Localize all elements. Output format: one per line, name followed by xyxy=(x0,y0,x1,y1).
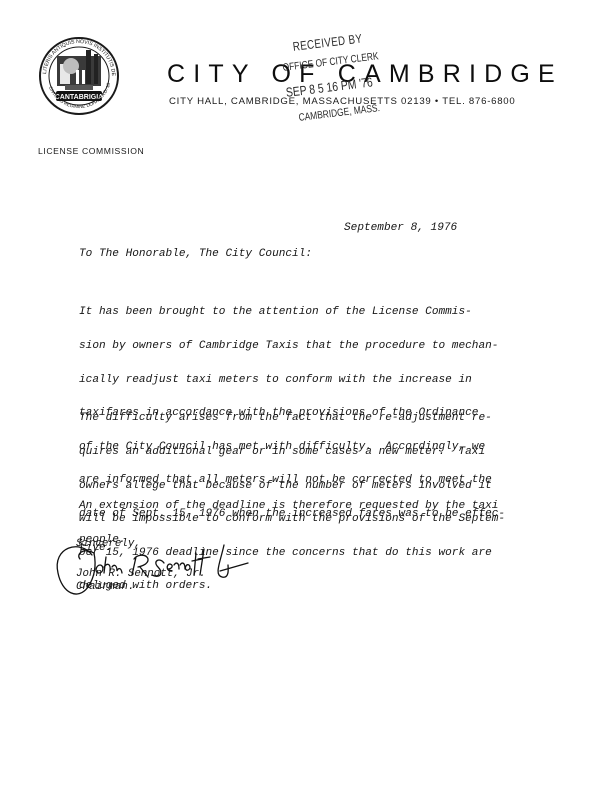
city-seal-icon: CANTABRIGIA LITERIS ANTIQUIS NOVIS INSTI… xyxy=(38,36,120,116)
stamp-line: RECEIVED BY xyxy=(292,31,363,53)
department-name: LICENSE COMMISSION xyxy=(38,146,144,156)
letter-date: September 8, 1976 xyxy=(344,223,457,234)
salutation: To The Honorable, The City Council: xyxy=(79,249,312,260)
text-line: sion by owners of Cambridge Taxis that t… xyxy=(79,341,505,352)
text-line: It has been brought to the attention of … xyxy=(79,307,505,318)
letterhead-address: CITY HALL, CAMBRIDGE, MASSACHUSETTS 0213… xyxy=(169,96,515,107)
signer-title: Chairman. xyxy=(76,582,134,593)
text-line: An extension of the deadline is therefor… xyxy=(79,501,498,512)
text-line: quires an additional gear or in some cas… xyxy=(79,447,505,458)
signer-name: John R. Sennott, Jr. xyxy=(76,569,206,580)
text-line: The difficulty arises from the fact that… xyxy=(79,413,505,424)
text-line: ically readjust taxi meters to conform w… xyxy=(79,375,505,386)
